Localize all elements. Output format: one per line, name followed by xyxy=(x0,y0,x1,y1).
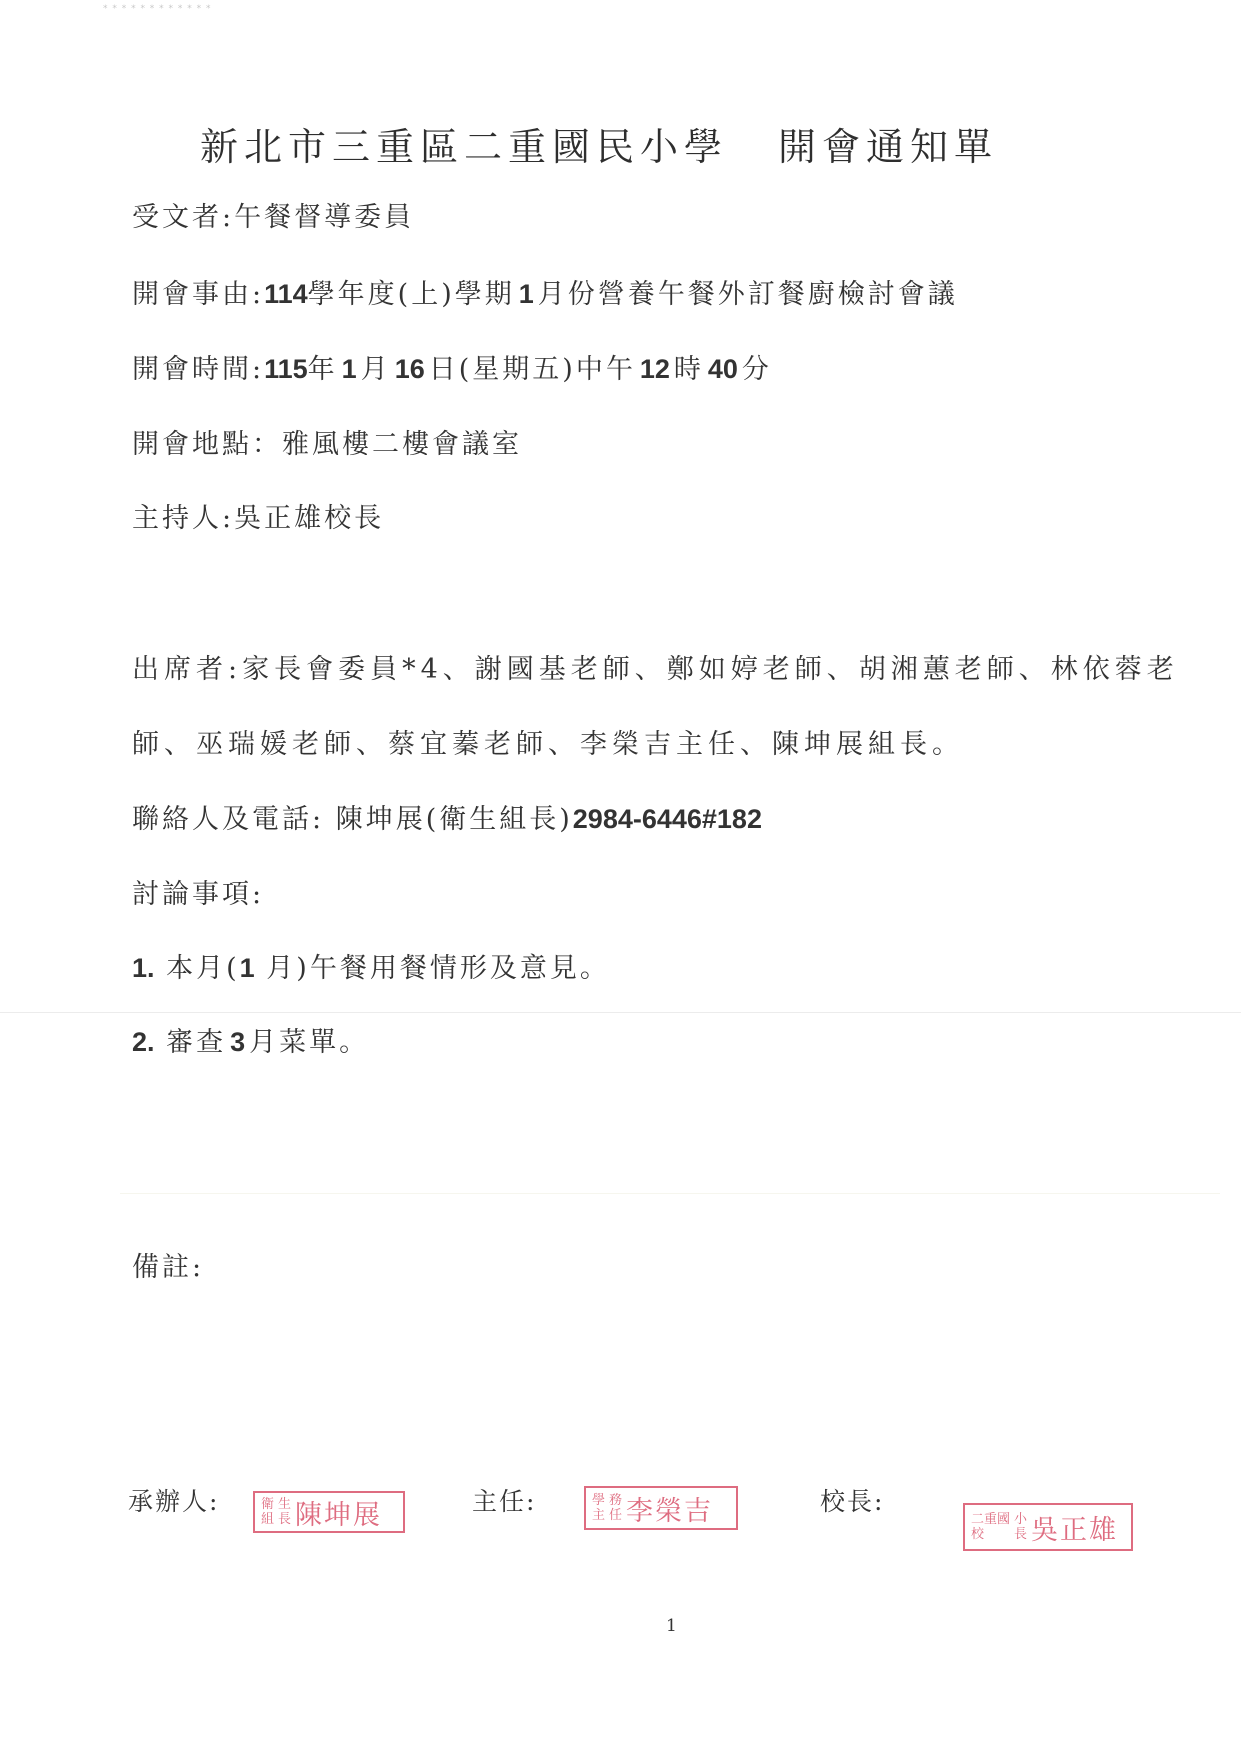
attendees-line-2: 師、巫瑞媛老師、蔡宜蓁老師、李榮吉主任、陳坤展組長。 xyxy=(132,722,964,761)
seal-char: 生 xyxy=(278,1497,291,1512)
director-seal-title: 學 務 主 任 xyxy=(592,1493,622,1523)
contact-label: 聯絡人及電話: xyxy=(132,804,324,835)
seal-char: 長 xyxy=(278,1512,291,1527)
seal-char: 小 xyxy=(1014,1512,1027,1527)
item-text: 月菜單。 xyxy=(249,1027,369,1058)
remarks-line: 備註: xyxy=(132,1245,204,1284)
handler-seal-title: 衛 生 組 長 xyxy=(261,1497,291,1527)
item-text: 本月( xyxy=(166,953,240,984)
scan-artifact-line xyxy=(0,1012,1241,1013)
time-day: 16 xyxy=(395,354,425,384)
principal-seal: 二重國 小 校 長 吳正雄 xyxy=(963,1503,1133,1551)
item-number: 1. xyxy=(132,953,155,983)
time-month-unit: 月 xyxy=(361,354,391,385)
purpose-text-1: 學年度(上)學期 xyxy=(308,279,515,310)
attendees-list-2: 師、巫瑞媛老師、蔡宜蓁老師、李榮吉主任、陳坤展組長。 xyxy=(132,729,964,760)
seal-char: 長 xyxy=(1014,1527,1027,1542)
purpose-year: 114 xyxy=(264,279,308,309)
principal-seal-name: 吳正雄 xyxy=(1031,1508,1118,1547)
document-title: 新北市三重區二重國民小學開會通知單 xyxy=(200,116,998,171)
contact-name: 陳坤展(衛生組長) xyxy=(336,804,573,835)
principal-seal-title: 二重國 小 校 長 xyxy=(971,1512,1027,1542)
item-month: 1 xyxy=(240,953,255,983)
scan-header-noise: * * * * * * * * * * * * xyxy=(103,4,211,14)
contact-phone: 2984-6446#182 xyxy=(573,804,762,834)
time-label: 開會時間: xyxy=(132,354,264,385)
seal-char: 學 xyxy=(592,1493,605,1508)
discussion-item-1: 1. 本月(1 月)午餐用餐情形及意見。 xyxy=(132,946,610,985)
purpose-month: 1 xyxy=(519,279,534,309)
purpose-line: 開會事由:114學年度(上)學期1月份營養午餐外訂餐廚檢討會議 xyxy=(132,272,958,311)
page-number: 1 xyxy=(666,1616,677,1636)
recipient-line: 受文者:午餐督導委員 xyxy=(132,195,414,234)
time-month: 1 xyxy=(342,354,357,384)
recipient-label: 受文者: xyxy=(132,202,234,233)
seal-char: 組 xyxy=(261,1512,274,1527)
item-month: 3 xyxy=(230,1027,245,1057)
handler-seal: 衛 生 組 長 陳坤展 xyxy=(253,1491,405,1533)
contact-line: 聯絡人及電話: 陳坤展(衛生組長)2984-6446#182 xyxy=(132,797,762,836)
time-year: 115 xyxy=(264,354,308,384)
principal-label: 校長: xyxy=(820,1482,884,1518)
discussion-item-2: 2. 審查3月菜單。 xyxy=(132,1020,369,1059)
discussion-heading: 討論事項: xyxy=(132,872,264,911)
discussion-label: 討論事項: xyxy=(132,879,264,910)
time-minute-unit: 分 xyxy=(742,354,772,385)
seal-char: 衛 xyxy=(261,1497,274,1512)
time-hour: 12 xyxy=(640,354,670,384)
item-text: 審查 xyxy=(166,1027,226,1058)
seal-char: 校 xyxy=(971,1527,1010,1542)
handler-label: 承辦人: xyxy=(128,1482,219,1518)
attendees-line-1: 出席者:家長會委員*4、謝國基老師、鄭如婷老師、胡湘蕙老師、林依蓉老 xyxy=(132,647,1179,686)
location-value: 雅風樓二樓會議室 xyxy=(282,429,522,460)
school-name: 新北市三重區二重國民小學 xyxy=(200,125,728,169)
seal-char: 務 xyxy=(609,1493,622,1508)
attendees-list-1: 家長會委員*4、謝國基老師、鄭如婷老師、胡湘蕙老師、林依蓉老 xyxy=(242,654,1179,685)
document-type: 開會通知單 xyxy=(778,125,998,169)
time-year-unit: 年 xyxy=(308,354,338,385)
seal-char: 二重國 xyxy=(971,1512,1010,1527)
item-number: 2. xyxy=(132,1027,155,1057)
director-seal-name: 李榮吉 xyxy=(626,1489,713,1528)
location-line: 開會地點：雅風樓二樓會議室 xyxy=(132,422,522,461)
remarks-label: 備註: xyxy=(132,1252,204,1283)
host-line: 主持人:吳正雄校長 xyxy=(132,496,384,535)
recipient-value: 午餐督導委員 xyxy=(234,202,414,233)
scan-artifact-line xyxy=(120,1193,1220,1194)
time-day-unit: 日(星期五)中午 xyxy=(429,354,636,385)
seal-char: 主 xyxy=(592,1508,605,1523)
handler-seal-name: 陳坤展 xyxy=(295,1493,382,1532)
host-value: 吳正雄校長 xyxy=(234,503,384,534)
time-hour-unit: 時 xyxy=(674,354,704,385)
host-label: 主持人: xyxy=(132,503,234,534)
item-text: 月)午餐用餐情形及意見。 xyxy=(266,953,610,984)
seal-char: 任 xyxy=(609,1508,622,1523)
attendees-label: 出席者: xyxy=(132,654,242,685)
purpose-label: 開會事由: xyxy=(132,279,264,310)
time-minute: 40 xyxy=(708,354,738,384)
time-line: 開會時間:115年1月16日(星期五)中午12時40分 xyxy=(132,347,772,386)
purpose-text-2: 月份營養午餐外訂餐廚檢討會議 xyxy=(538,279,958,310)
location-label: 開會地點： xyxy=(132,429,282,460)
director-label: 主任: xyxy=(472,1482,536,1518)
director-seal: 學 務 主 任 李榮吉 xyxy=(584,1486,738,1530)
